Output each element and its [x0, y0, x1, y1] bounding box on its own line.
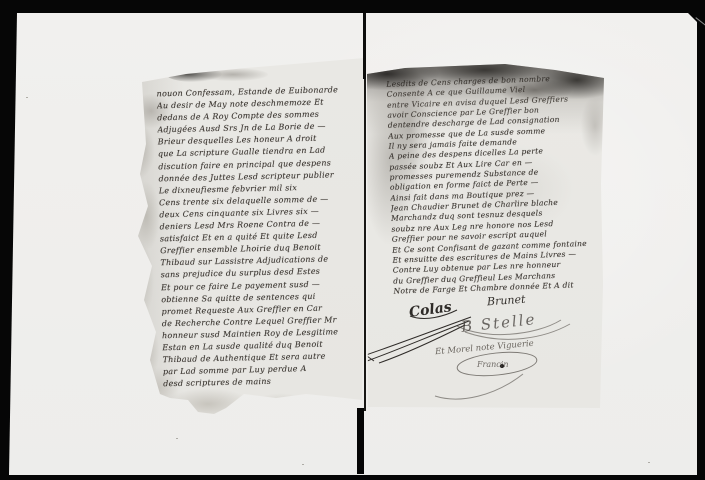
- right-manuscript-page: Lesdits de Cens charges de bon nombre Co…: [365, 64, 606, 410]
- signature-stelle: B Stelle: [460, 310, 537, 336]
- signature-brunet: Brunet: [487, 293, 526, 309]
- book-spine-line-top: [363, 13, 366, 79]
- dust-speck: [648, 462, 650, 463]
- dust-speck: [176, 438, 178, 439]
- signature-paraph: Francin: [476, 360, 509, 369]
- dust-speck: [26, 97, 28, 98]
- ink-dot: [500, 364, 504, 368]
- book-spine-line-bottom: [357, 408, 364, 474]
- dust-speck: [302, 464, 304, 465]
- manuscript-text-left: nouon Confessam, Estande de Euibonarde A…: [156, 84, 367, 401]
- signature-morel: Et Morel note Viguerie: [435, 339, 534, 358]
- scan-frame: nouon Confessam, Estande de Euibonarde A…: [0, 0, 705, 480]
- signature-colas: Colas: [408, 299, 453, 321]
- manuscript-text-right: Lesdits de Cens charges de bon nombre Co…: [386, 72, 608, 301]
- left-manuscript-page: nouon Confessam, Estande de Euibonarde A…: [126, 56, 366, 420]
